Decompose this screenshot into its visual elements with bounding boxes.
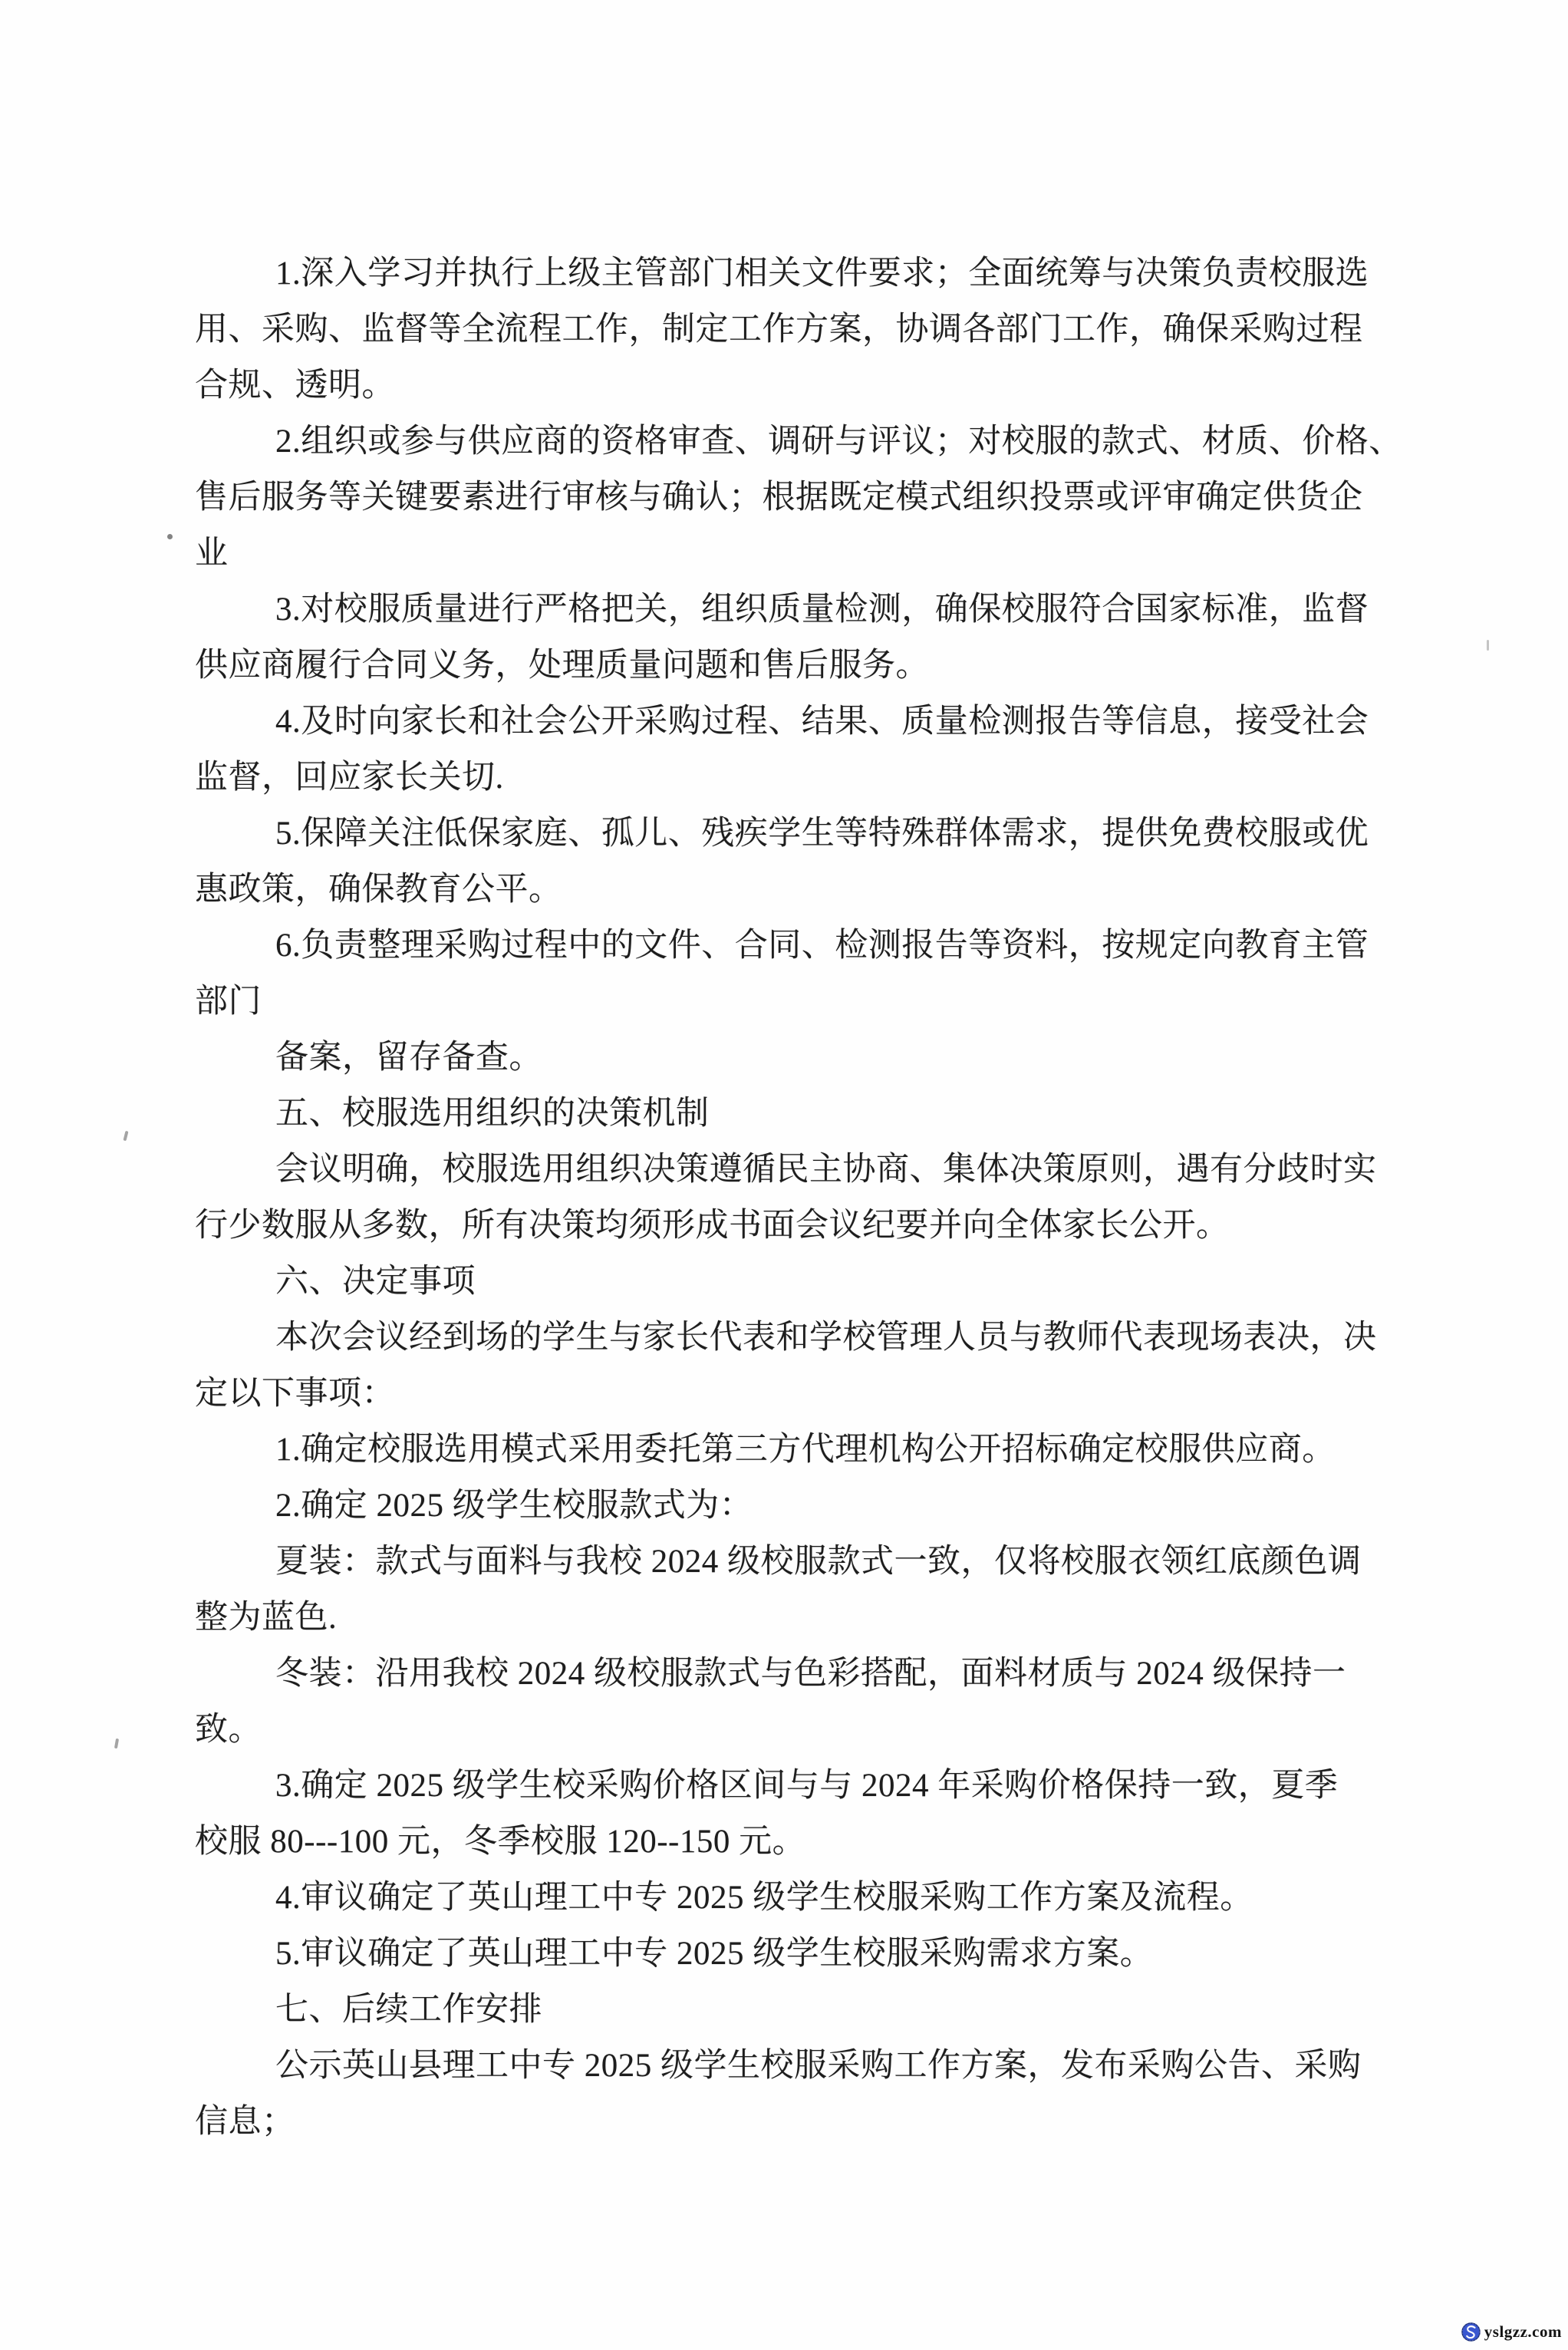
- text-line: 备案，留存备查。: [195, 1030, 1361, 1086]
- watermark-site-text: yslgzz.com: [1484, 2322, 1562, 2342]
- text-line: 业: [195, 526, 1361, 582]
- scan-artifact-dot: [167, 534, 173, 539]
- text-line: 整为蓝色.: [195, 1590, 1361, 1646]
- text-line: 本次会议经到场的学生与家长代表和学校管理人员与教师代表现场表决，决: [195, 1310, 1361, 1366]
- text-line: 1.确定校服选用模式采用委托第三方代理机构公开招标确定校服供应商。: [195, 1422, 1361, 1478]
- text-line: 惠政策，确保教育公平。: [195, 862, 1361, 918]
- scan-artifact-mark: [1487, 640, 1489, 651]
- text-line: 信息；: [195, 2094, 1361, 2150]
- text-line: 监督，回应家长关切.: [195, 750, 1361, 806]
- text-line: 定以下事项：: [195, 1366, 1361, 1422]
- site-watermark: yslgzz.com: [1461, 2322, 1562, 2342]
- text-line: 2.确定 2025 级学生校服款式为：: [195, 1478, 1361, 1534]
- text-line: 1.深入学习并执行上级主管部门相关文件要求；全面统筹与决策负责校服选: [195, 246, 1361, 302]
- text-line: 用、采购、监督等全流程工作，制定工作方案，协调各部门工作，确保采购过程: [195, 302, 1361, 358]
- text-line: 夏装：款式与面料与我校 2024 级校服款式一致，仅将校服衣领红底颜色调: [195, 1534, 1361, 1590]
- text-line: 售后服务等关键要素进行审核与确认；根据既定模式组织投票或评审确定供货企: [195, 470, 1361, 526]
- text-line: 会议明确，校服选用组织决策遵循民主协商、集体决策原则，遇有分歧时实: [195, 1142, 1361, 1198]
- text-line: 七、后续工作安排: [195, 1982, 1361, 2038]
- text-line: 5.审议确定了英山理工中专 2025 级学生校服采购需求方案。: [195, 1926, 1361, 1982]
- text-line: 5.保障关注低保家庭、孤儿、残疾学生等特殊群体需求，提供免费校服或优: [195, 806, 1361, 862]
- text-line: 公示英山县理工中专 2025 级学生校服采购工作方案，发布采购公告、采购: [195, 2038, 1361, 2094]
- text-line: 6.负责整理采购过程中的文件、合同、检测报告等资料，按规定向教育主管: [195, 918, 1361, 974]
- text-line: 冬装：沿用我校 2024 级校服款式与色彩搭配，面料材质与 2024 级保持一: [195, 1646, 1361, 1702]
- document-body-text: 1.深入学习并执行上级主管部门相关文件要求；全面统筹与决策负责校服选用、采购、监…: [195, 246, 1361, 2150]
- text-line: 行少数服从多数，所有决策均须形成书面会议纪要并向全体家长公开。: [195, 1198, 1361, 1254]
- text-line: 致。: [195, 1702, 1361, 1758]
- text-line: 部门: [195, 974, 1361, 1030]
- text-line: 4.审议确定了英山理工中专 2025 级学生校服采购工作方案及流程。: [195, 1870, 1361, 1926]
- text-line: 2.组织或参与供应商的资格审查、调研与评议；对校服的款式、材质、价格、: [195, 414, 1361, 470]
- text-line: 4.及时向家长和社会公开采购过程、结果、质量检测报告等信息，接受社会: [195, 694, 1361, 750]
- scan-artifact-mark: [123, 1131, 128, 1142]
- text-line: 五、校服选用组织的决策机制: [195, 1086, 1361, 1142]
- text-line: 校服 80---100 元，冬季校服 120--150 元。: [195, 1814, 1361, 1870]
- text-line: 3.确定 2025 级学生校采购价格区间与与 2024 年采购价格保持一致，夏季: [195, 1758, 1361, 1814]
- scan-artifact-mark: [114, 1739, 119, 1748]
- text-line: 合规、透明。: [195, 358, 1361, 414]
- text-line: 供应商履行合同义务，处理质量问题和售后服务。: [195, 638, 1361, 694]
- text-line: 六、决定事项: [195, 1254, 1361, 1310]
- blue-globe-swirl-icon: [1461, 2322, 1481, 2342]
- text-line: 3.对校服质量进行严格把关，组织质量检测，确保校服符合国家标准，监督: [195, 582, 1361, 638]
- scanned-document-page: 1.深入学习并执行上级主管部门相关文件要求；全面统筹与决策负责校服选用、采购、监…: [0, 0, 1568, 2350]
